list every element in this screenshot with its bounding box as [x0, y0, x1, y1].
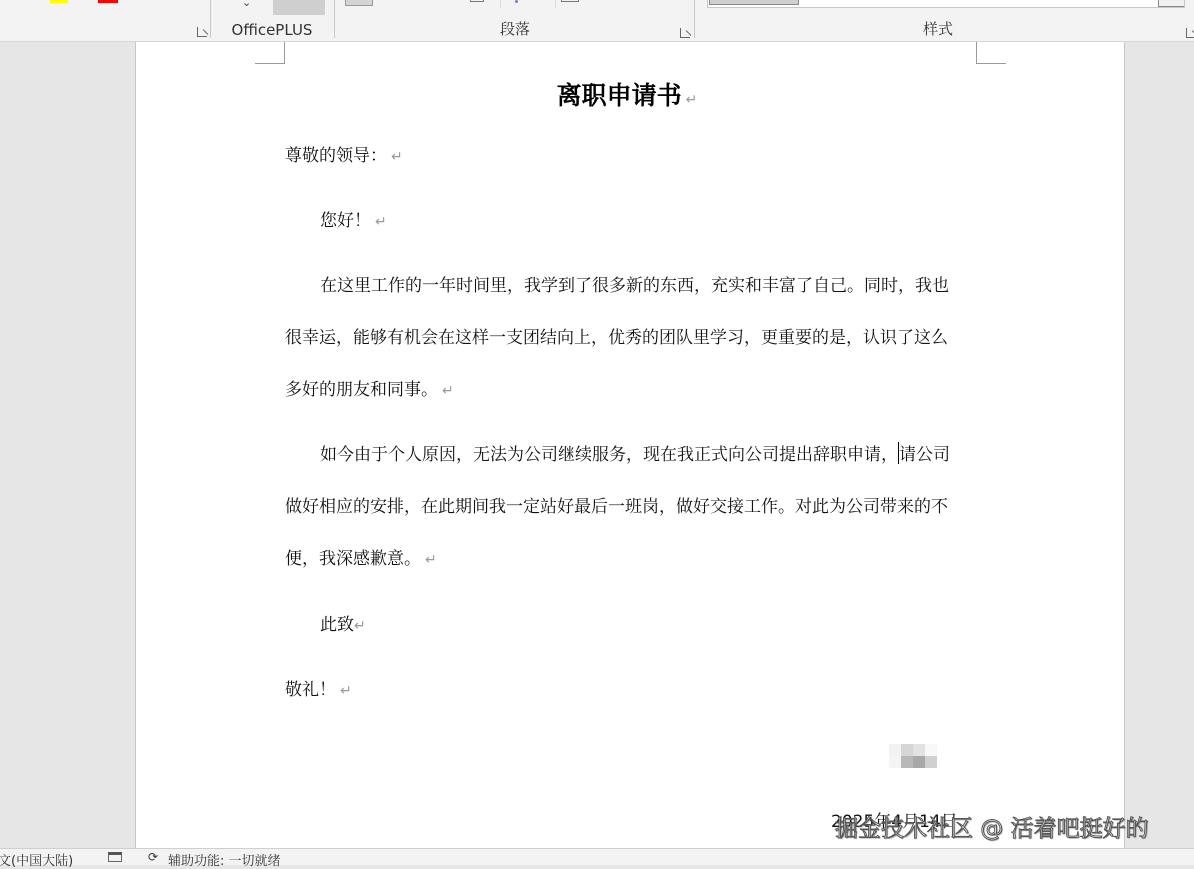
document-canvas[interactable]: 离职申请书↵ 尊敬的领导：↵ 您好！↵ 在这里工作的一年时间里，我学到了很多新的… [0, 42, 1194, 848]
font-color-swatch[interactable] [98, 0, 118, 3]
paragraph-mark-icon: ↵ [354, 618, 366, 634]
styles-dialog-launcher[interactable] [1186, 28, 1194, 38]
paragraph-group-label: 段落 [336, 18, 694, 39]
language-indicator[interactable]: 文(中国大陆) [0, 850, 73, 865]
border-button[interactable] [470, 0, 484, 2]
closing-1-text: 此致 [320, 615, 354, 635]
paragraph-mark-icon: ↵ [686, 92, 698, 108]
paragraph-mark-icon: ↵ [375, 214, 387, 230]
selected-style[interactable] [709, 0, 799, 5]
ribbon-separator [334, 0, 335, 38]
ribbon-separator [210, 0, 211, 38]
paragraph-shading-button[interactable] [345, 0, 373, 6]
closing-line-1[interactable]: 此致↵ [285, 599, 969, 652]
paragraph-2-line-1: 如今由于个人原因，无法为公司继续服务，现在我正式向公司提出辞职申请，请公司 [285, 429, 969, 481]
crop-mark-top-left [255, 42, 285, 64]
officeplus-group-label: OfficePLUS [212, 21, 332, 39]
paragraph-2-line-3: 便，我深感歉意。↵ [285, 533, 969, 586]
macro-recording-icon[interactable] [108, 852, 122, 862]
paragraph-mark-icon: ↵ [442, 383, 454, 399]
accessibility-status[interactable]: 辅助功能: 一切就绪 [168, 850, 281, 865]
paragraph-2-line-1-text-a: 如今由于个人原因，无法为公司继续服务，现在我正式向公司提出辞职申请， [320, 445, 898, 465]
paragraph-2-line-1-text-b: 请公司 [899, 445, 950, 465]
paragraph-mark-icon: ↵ [391, 149, 403, 165]
paragraph-2-line-2: 做好相应的安排，在此期间我一定站好最后一班岗，做好交接工作。对此为公司带来的不 [285, 481, 969, 533]
ribbon: ⌄ OfficePLUS 段落 样式 [0, 0, 1194, 42]
paragraph-1-line-2: 很幸运，能够有机会在这样一支团结向上，优秀的团队里学习，更重要的是，认识了这么 [285, 312, 969, 364]
show-marks-button[interactable] [561, 0, 579, 2]
chevron-down-icon[interactable]: ⌄ [242, 0, 251, 9]
paragraph-mark-icon: ↵ [425, 552, 437, 568]
paragraph-dialog-launcher[interactable] [680, 28, 690, 38]
paragraph-1-line-3-text: 多好的朋友和同事。 [285, 380, 438, 400]
styles-more-button[interactable] [1158, 0, 1184, 7]
title-text: 离职申请书 [557, 81, 682, 110]
status-bar: 文(中国大陆) ⟳ 辅助功能: 一切就绪 [0, 848, 1194, 865]
styles-gallery[interactable] [707, 0, 1185, 8]
watermark: 掘金技术社区 @ 活着吧挺好的 [835, 810, 1149, 843]
crop-mark-top-right [976, 42, 1006, 64]
ribbon-separator [694, 0, 695, 38]
font-dialog-launcher[interactable] [197, 27, 207, 37]
paragraph-2-line-3-text: 便，我深感歉意。 [285, 549, 421, 569]
styles-group-label: 样式 [696, 18, 1180, 39]
closing-line-2[interactable]: 敬礼！↵ [285, 664, 969, 717]
officeplus-group: ⌄ OfficePLUS [212, 0, 332, 42]
accessibility-icon: ⟳ [148, 850, 158, 864]
sort-button[interactable] [500, 0, 501, 8]
paragraph-1-line-1: 在这里工作的一年时间里，我学到了很多新的东西，充实和丰富了自己。同时，我也 [285, 260, 969, 312]
dot-icon [515, 0, 518, 3]
salutation-text: 尊敬的领导： [285, 146, 387, 166]
ribbon-separator [555, 0, 556, 8]
closing-2-text: 敬礼！ [285, 680, 336, 700]
highlight-color-swatch[interactable] [50, 0, 68, 3]
greeting[interactable]: 您好！↵ [285, 195, 969, 248]
paragraph-group: 段落 [336, 0, 694, 42]
document-title[interactable]: 离职申请书↵ [285, 76, 969, 112]
paragraph-1-line-3: 多好的朋友和同事。↵ [285, 364, 969, 417]
officeplus-button[interactable] [273, 0, 325, 15]
redacted-signature [889, 744, 937, 768]
paragraph-mark-icon: ↵ [340, 683, 352, 699]
document-page[interactable]: 离职申请书↵ 尊敬的领导：↵ 您好！↵ 在这里工作的一年时间里，我学到了很多新的… [135, 42, 1125, 848]
greeting-text: 您好！ [320, 211, 371, 231]
salutation[interactable]: 尊敬的领导：↵ [285, 130, 969, 183]
